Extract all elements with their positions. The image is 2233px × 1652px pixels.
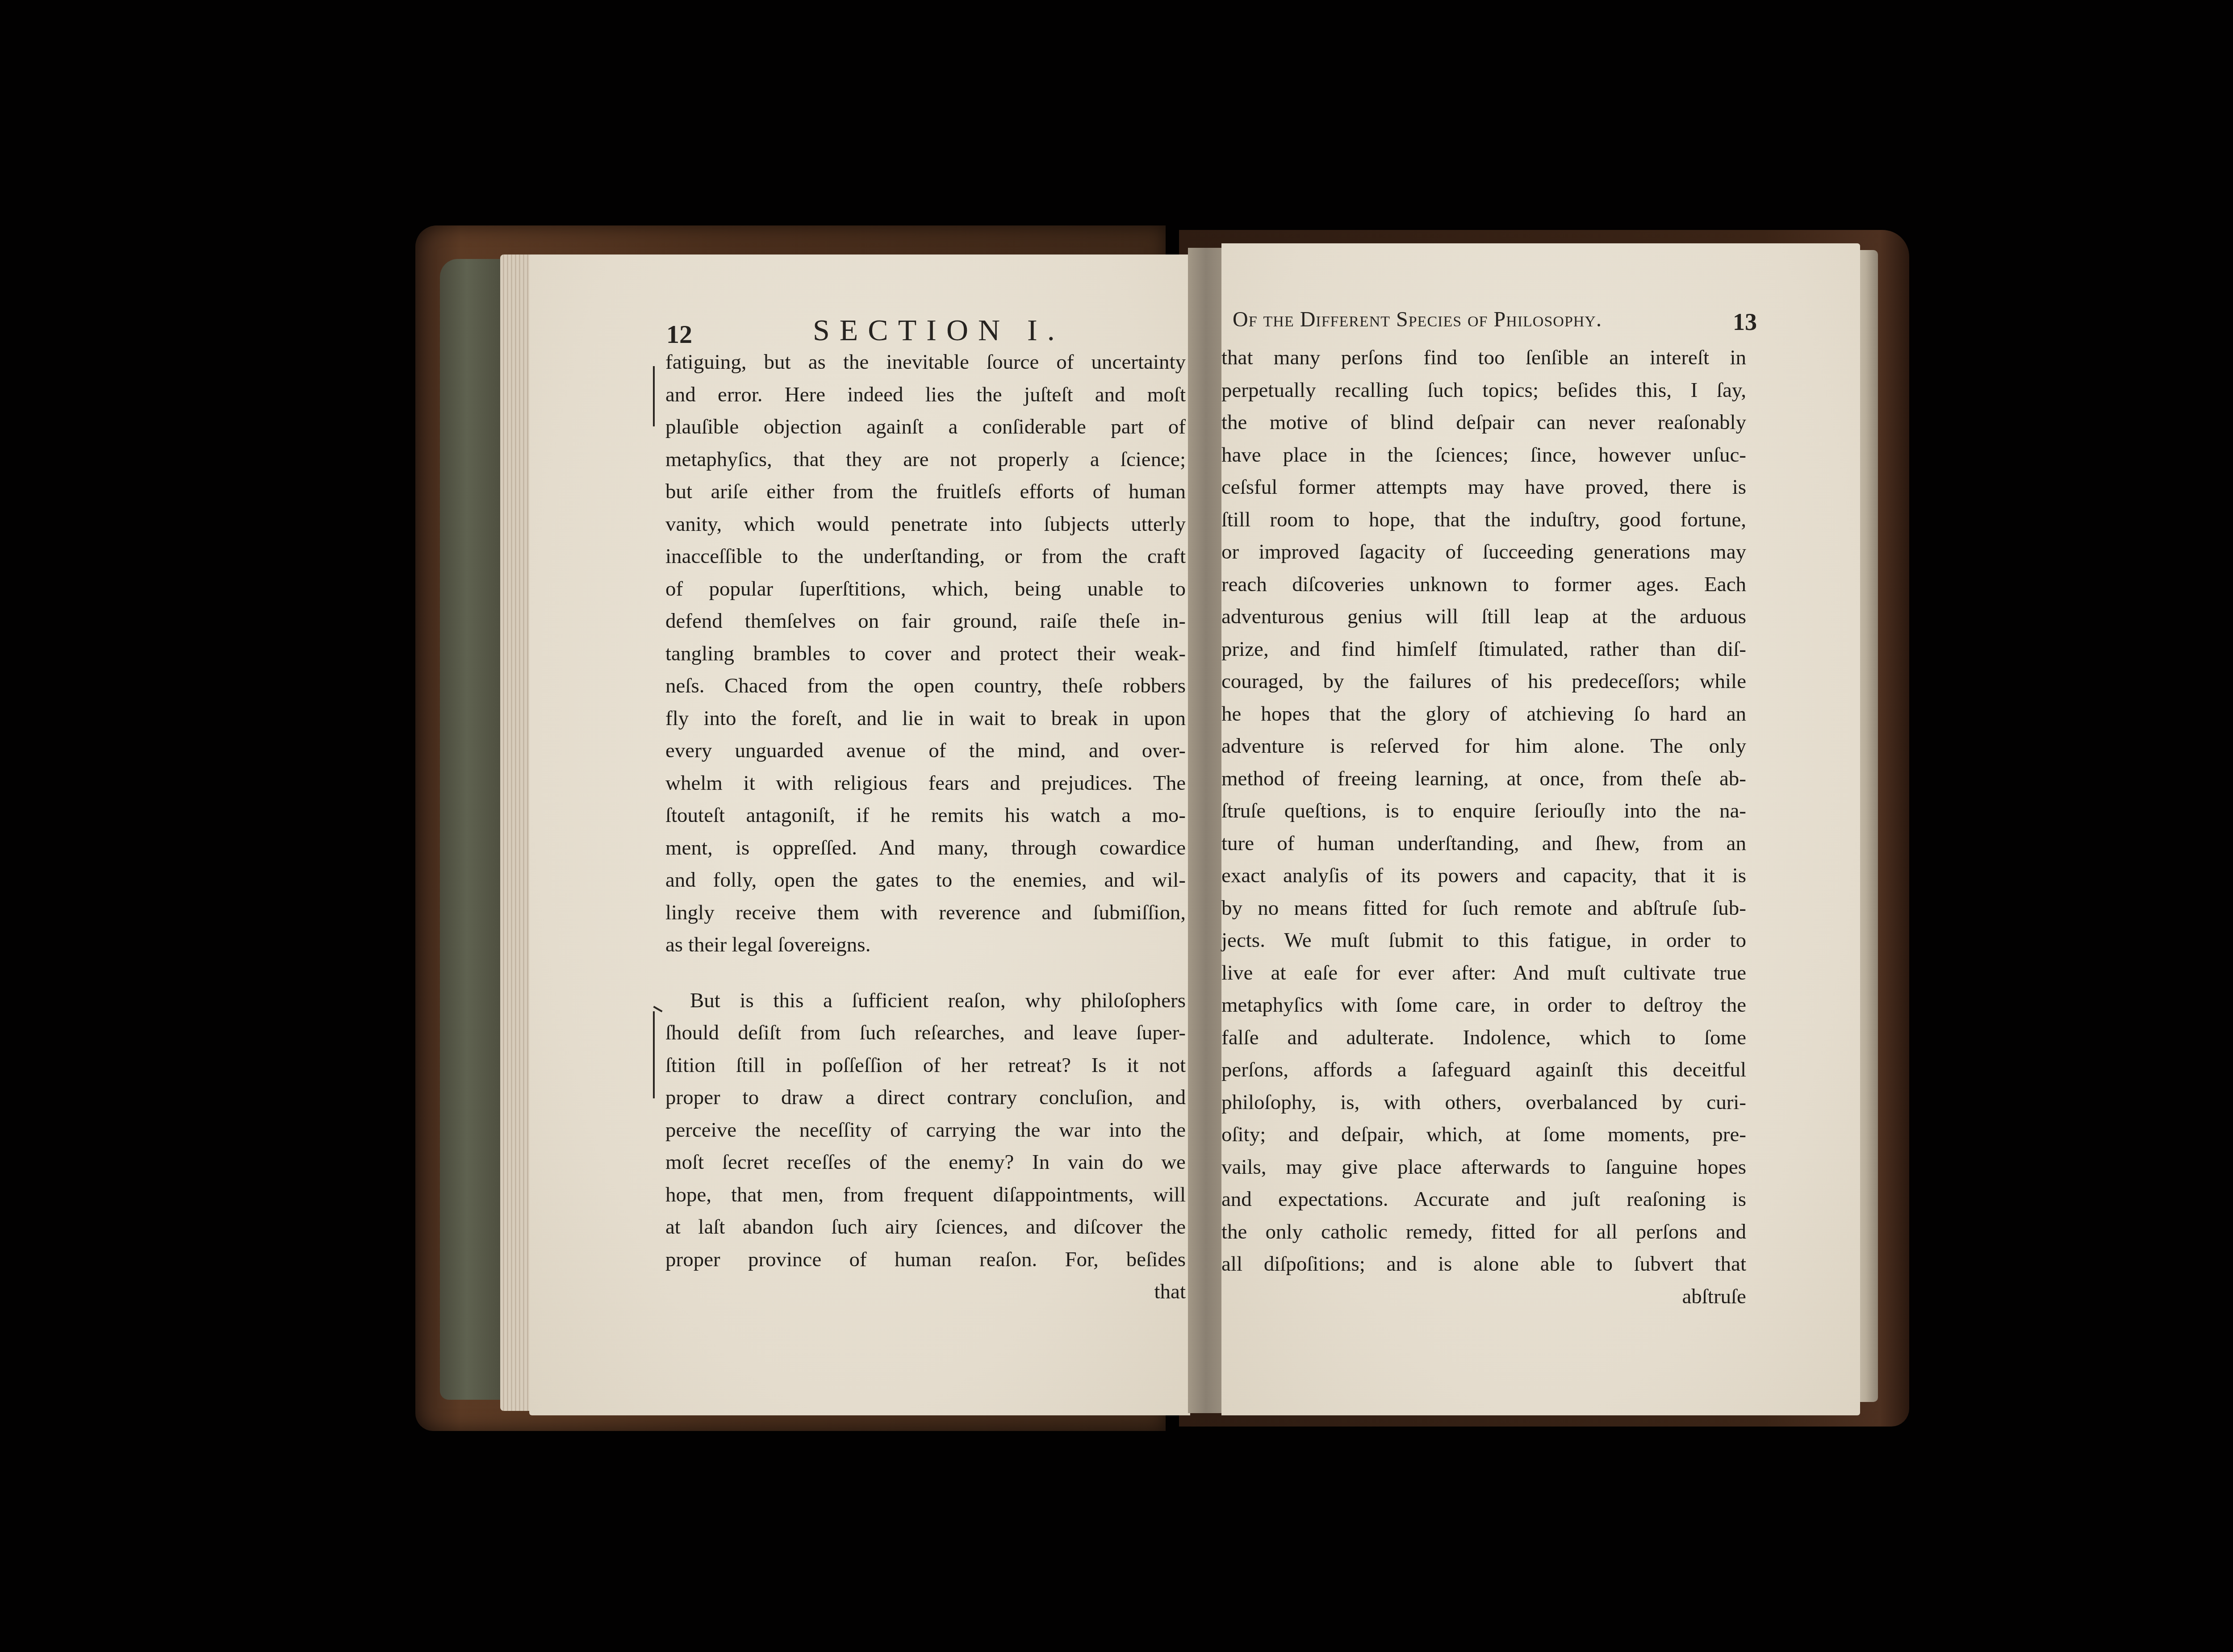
book-gutter [1188, 248, 1224, 1413]
text-line: couraged, by the failures of his predece… [1221, 665, 1746, 698]
text-line: all diſpoſitions; and is alone able to ſ… [1221, 1248, 1746, 1281]
text-line: hope, that men, from frequent diſappoint… [665, 1179, 1186, 1211]
text-line: adventurous genius will ſtill leap at th… [1221, 601, 1746, 633]
text-line: every unguarded avenue of the mind, and … [665, 734, 1186, 767]
right-page-number: 13 [1733, 308, 1757, 336]
text-line: vanity, which would penetrate into ſubje… [665, 508, 1186, 541]
text-line: the only catholic remedy, fitted for all… [1221, 1216, 1746, 1248]
text-line: the motive of blind deſpair can never re… [1221, 406, 1746, 439]
text-line: ſtition ſtill in poſſeſſion of her retre… [665, 1049, 1186, 1082]
text-line: proper to draw a direct contrary concluſ… [665, 1081, 1186, 1114]
book-photograph: 12 SECTION I. Of the Different Species o… [0, 0, 2233, 1652]
paragraph-break [665, 961, 1186, 985]
left-page-number: 12 [666, 319, 692, 349]
text-line: ſtill room to hope, that the induſtry, g… [1221, 504, 1746, 536]
text-line: inacceſſible to the underſtanding, or fr… [665, 540, 1186, 573]
text-line: of popular ſuperſtitions, which, being u… [665, 573, 1186, 605]
text-line: by no means fitted for ſuch remote and a… [1221, 892, 1746, 925]
text-line: falſe and adulterate. Indolence, which t… [1221, 1022, 1746, 1054]
text-line: fly into the foreſt, and lie in wait to … [665, 702, 1186, 735]
text-line: metaphyſics with ſome care, in order to … [1221, 989, 1746, 1022]
text-line: ſtouteſt antagoniſt, if he remits his wa… [665, 799, 1186, 832]
pencil-margin-bracket [653, 1011, 655, 1098]
left-page-text: fatiguing, but as the inevitable ſource … [665, 346, 1186, 1308]
text-line: live at eaſe for ever after: And muſt cu… [1221, 957, 1746, 989]
text-line: prize, and find himſelf ſtimulated, rath… [1221, 633, 1746, 666]
text-line: as their legal ſovereigns. [665, 929, 1186, 961]
text-line: ceſsful former attempts may have proved,… [1221, 471, 1746, 504]
text-line: at laſt abandon ſuch airy ſciences, and … [665, 1211, 1186, 1243]
text-line: ſhould deſiſt from ſuch reſearches, and … [665, 1017, 1186, 1049]
text-line: vails, may give place afterwards to ſang… [1221, 1151, 1746, 1184]
text-line: perceive the neceſſity of carrying the w… [665, 1114, 1186, 1147]
text-line: ſtruſe queſtions, is to enquire ſeriouſl… [1221, 795, 1746, 827]
text-line: have place in the ſciences; ſince, howev… [1221, 439, 1746, 471]
text-line: and expectations. Accurate and juſt reaſ… [1221, 1183, 1746, 1216]
right-running-head: Of the Different Species of Philosophy. [1233, 307, 1602, 332]
text-line: oſity; and deſpair, which, at ſome momen… [1221, 1118, 1746, 1151]
page-edges-left [500, 254, 531, 1411]
text-line: lingly receive them with reverence and ſ… [665, 897, 1186, 929]
text-line: plauſible objection againſt a conſiderab… [665, 411, 1186, 443]
text-line: and error. Here indeed lies the juſteſt … [665, 379, 1186, 411]
text-line: ment, is oppreſſed. And many, through co… [665, 832, 1186, 864]
pencil-margin-mark [653, 366, 655, 426]
text-line: and folly, open the gates to the enemies… [665, 864, 1186, 897]
text-line: reach diſcoveries unknown to former ages… [1221, 568, 1746, 601]
text-line: metaphyſics, that they are not properly … [665, 443, 1186, 476]
text-line: But is this a ſufficient reaſon, why phi… [665, 985, 1186, 1017]
cover-turn-in [440, 259, 507, 1400]
text-line: or improved ſagacity of ſucceeding gener… [1221, 536, 1746, 568]
text-line: defend themſelves on fair ground, raiſe … [665, 605, 1186, 638]
text-line: proper province of human reaſon. For, be… [665, 1243, 1186, 1276]
text-line: that many perſons find too ſenſible an i… [1221, 342, 1746, 374]
text-line: adventure is reſerved for him alone. The… [1221, 730, 1746, 763]
text-line: perpetually recalling ſuch topics; beſid… [1221, 374, 1746, 407]
text-line: jects. We muſt ſubmit to this fatigue, i… [1221, 924, 1746, 957]
text-line: ture of human underſtanding, and ſhew, f… [1221, 827, 1746, 860]
right-page-text: that many perſons find too ſenſible an i… [1221, 342, 1746, 1313]
text-line: whelm it with religious fears and prejud… [665, 767, 1186, 800]
text-line: exact analyſis of its powers and capacit… [1221, 859, 1746, 892]
text-line: philoſophy, is, with others, overbalance… [1221, 1086, 1746, 1119]
catchword: that [665, 1276, 1186, 1308]
text-line: he hopes that the glory of atchieving ſo… [1221, 698, 1746, 730]
text-line: method of freeing learning, at once, fro… [1221, 763, 1746, 795]
catchword: abſtruſe [1221, 1281, 1746, 1313]
text-line: but ariſe either from the fruitleſs effo… [665, 476, 1186, 508]
left-running-head: SECTION I. [813, 313, 1065, 348]
text-line: tangling brambles to cover and protect t… [665, 638, 1186, 670]
text-line: moſt ſecret receſſes of the enemy? In va… [665, 1146, 1186, 1179]
text-line: fatiguing, but as the inevitable ſource … [665, 346, 1186, 379]
text-line: neſs. Chaced from the open country, theſ… [665, 670, 1186, 702]
text-line: perſons, affords a ſafeguard againſt thi… [1221, 1054, 1746, 1086]
